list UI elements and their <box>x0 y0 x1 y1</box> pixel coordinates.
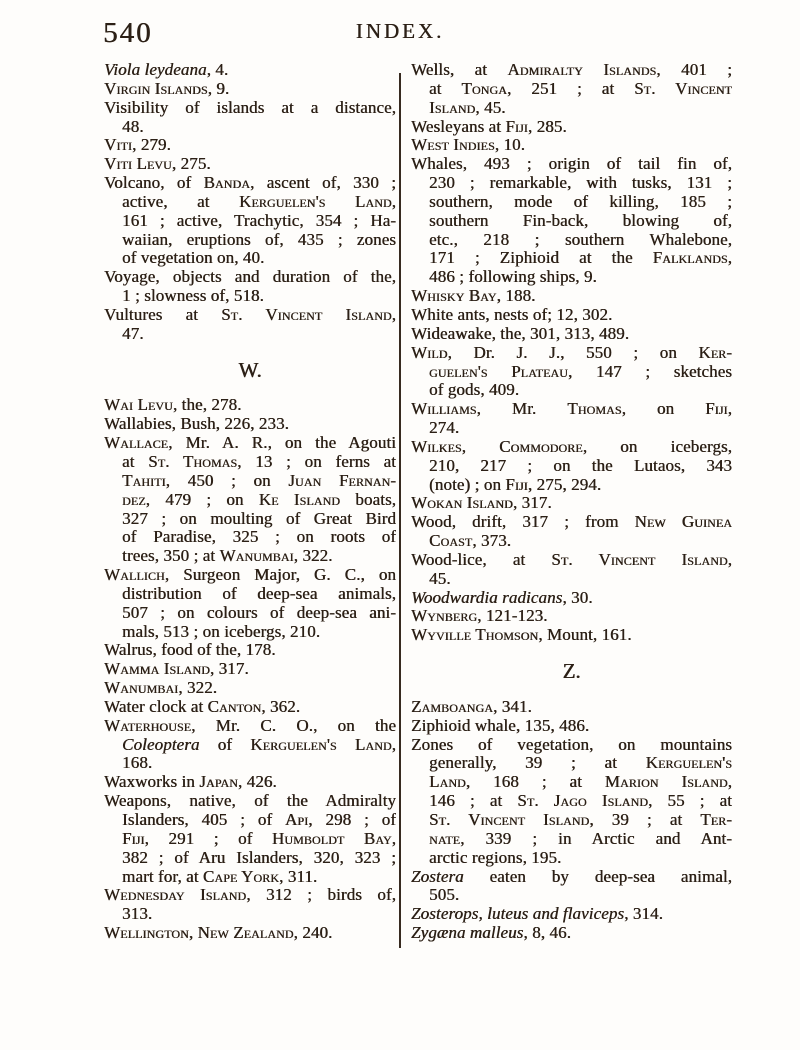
section-heading: Z. <box>411 660 732 682</box>
index-entry-line: nate, 339 ; in Arctic and Ant- <box>411 830 732 849</box>
index-entry-line: 274. <box>411 419 732 438</box>
index-entry-line: 171 ; Ziphioid at the Falklands, <box>411 249 732 268</box>
index-entry-line: (note) ; on Fiji, 275, 294. <box>411 476 732 495</box>
index-entry-line: Zosterops, luteus and flaviceps, 314. <box>411 905 732 924</box>
index-entry-line: Viti Levu, 275. <box>104 155 396 174</box>
index-entry-line: Islanders, 405 ; of Api, 298 ; of <box>104 811 396 830</box>
index-entry-line: Wokan Island, 317. <box>411 494 732 513</box>
index-entry-line: Volcano, of Banda, ascent of, 330 ; <box>104 174 396 193</box>
index-entry-line: Wilkes, Commodore, on icebergs, <box>411 438 732 457</box>
index-entry-line: Voyage, objects and duration of the, <box>104 268 396 287</box>
index-entry-line: Whisky Bay, 188. <box>411 287 732 306</box>
index-entry-line: Wood, drift, 317 ; from New Guinea <box>411 513 732 532</box>
index-column-right: Wells, at Admiralty Islands, 401 ;at Ton… <box>411 61 732 943</box>
index-entry-line: etc., 218 ; southern Whalebone, <box>411 231 732 250</box>
index-entry-line: 382 ; of Aru Islanders, 320, 323 ; <box>104 849 396 868</box>
index-entry-line: 313. <box>104 905 396 924</box>
page-title: INDEX. <box>0 19 800 44</box>
index-entry-line: 168. <box>104 754 396 773</box>
index-entry-line: Coast, 373. <box>411 532 732 551</box>
index-entry-line: 210, 217 ; on the Lutaos, 343 <box>411 457 732 476</box>
index-entry-line: mart for, at Cape York, 311. <box>104 868 396 887</box>
index-entry-line: Virgin Islands, 9. <box>104 80 396 99</box>
index-entry-line: Wallace, Mr. A. R., on the Agouti <box>104 434 396 453</box>
section-heading: W. <box>104 359 396 381</box>
index-entry-line: Water clock at Canton, 362. <box>104 698 396 717</box>
index-entry-line: Coleoptera of Kerguelen's Land, <box>104 736 396 755</box>
index-entry-line: Fiji, 291 ; of Humboldt Bay, <box>104 830 396 849</box>
index-entry-line: mals, 513 ; on icebergs, 210. <box>104 623 396 642</box>
book-page: 540 INDEX. Viola leydeana, 4.Virgin Isla… <box>0 0 800 1050</box>
index-entry-line: Wednesday Island, 312 ; birds of, <box>104 886 396 905</box>
index-entry-line: Zamboanga, 341. <box>411 698 732 717</box>
index-entry-line: West Indies, 10. <box>411 136 732 155</box>
index-entry-line: Wai Levu, the, 278. <box>104 396 396 415</box>
index-entry-line: Waxworks in Japan, 426. <box>104 773 396 792</box>
index-entry-line: Woodwardia radicans, 30. <box>411 589 732 608</box>
index-entry-line: White ants, nests of; 12, 302. <box>411 306 732 325</box>
index-entry-line: 505. <box>411 886 732 905</box>
index-entry-line: 161 ; active, Trachytic, 354 ; Ha- <box>104 212 396 231</box>
index-entry-line: of vegetation on, 40. <box>104 249 396 268</box>
index-entry-line: Wyville Thomson, Mount, 161. <box>411 626 732 645</box>
index-entry-line: Whales, 493 ; origin of tail fin of, <box>411 155 732 174</box>
index-entry-line: Walrus, food of the, 178. <box>104 641 396 660</box>
index-entry-line: guelen's Plateau, 147 ; sketches <box>411 363 732 382</box>
index-entry-line: Wesleyans at Fiji, 285. <box>411 118 732 137</box>
index-entry-line: dez, 479 ; on Ke Island boats, <box>104 491 396 510</box>
index-entry-line: Wells, at Admiralty Islands, 401 ; <box>411 61 732 80</box>
index-entry-line: generally, 39 ; at Kerguelen's <box>411 754 732 773</box>
index-entry-line: arctic regions, 195. <box>411 849 732 868</box>
index-column-left: Viola leydeana, 4.Virgin Islands, 9.Visi… <box>104 61 396 943</box>
index-entry-line: 146 ; at St. Jago Island, 55 ; at <box>411 792 732 811</box>
index-entry-line: Wideawake, the, 301, 313, 489. <box>411 325 732 344</box>
index-entry-line: 47. <box>104 325 396 344</box>
index-entry-line: Zygæna malleus, 8, 46. <box>411 924 732 943</box>
index-entry-line: Wood-lice, at St. Vincent Island, <box>411 551 732 570</box>
column-divider-rule <box>399 73 401 948</box>
index-entry-line: Weapons, native, of the Admiralty <box>104 792 396 811</box>
index-entry-line: at Tonga, 251 ; at St. Vincent <box>411 80 732 99</box>
index-entry-line: Tahiti, 450 ; on Juan Fernan- <box>104 472 396 491</box>
index-entry-line: Visibility of islands at a distance, <box>104 99 396 118</box>
index-entry-line: Zostera eaten by deep-sea animal, <box>411 868 732 887</box>
index-entry-line: Waterhouse, Mr. C. O., on the <box>104 717 396 736</box>
index-entry-line: 1 ; slowness of, 518. <box>104 287 396 306</box>
index-entry-line: Viti, 279. <box>104 136 396 155</box>
index-entry-line: 486 ; following ships, 9. <box>411 268 732 287</box>
index-entry-line: 327 ; on moulting of Great Bird <box>104 510 396 529</box>
index-entry-line: Wellington, New Zealand, 240. <box>104 924 396 943</box>
index-entry-line: 45. <box>411 570 732 589</box>
index-entry-line: waiian, eruptions of, 435 ; zones <box>104 231 396 250</box>
index-entry-line: Ziphioid whale, 135, 486. <box>411 717 732 736</box>
index-entry-line: southern, mode of killing, 185 ; <box>411 193 732 212</box>
index-entry-line: distribution of deep-sea animals, <box>104 585 396 604</box>
index-entry-line: Zones of vegetation, on mountains <box>411 736 732 755</box>
index-entry-line: Wild, Dr. J. J., 550 ; on Ker- <box>411 344 732 363</box>
index-entry-line: Wallich, Surgeon Major, G. C., on <box>104 566 396 585</box>
index-entry-line: Viola leydeana, 4. <box>104 61 396 80</box>
index-entry-line: Wynberg, 121-123. <box>411 607 732 626</box>
index-entry-line: Land, 168 ; at Marion Island, <box>411 773 732 792</box>
index-entry-line: of gods, 409. <box>411 381 732 400</box>
index-entry-line: active, at Kerguelen's Land, <box>104 193 396 212</box>
index-entry-line: southern Fin-back, blowing of, <box>411 212 732 231</box>
index-entry-line: 507 ; on colours of deep-sea ani- <box>104 604 396 623</box>
index-entry-line: Williams, Mr. Thomas, on Fiji, <box>411 400 732 419</box>
index-entry-line: of Paradise, 325 ; on roots of <box>104 528 396 547</box>
index-entry-line: St. Vincent Island, 39 ; at Ter- <box>411 811 732 830</box>
index-entry-line: 48. <box>104 118 396 137</box>
index-entry-line: Wanumbai, 322. <box>104 679 396 698</box>
index-entry-line: at St. Thomas, 13 ; on ferns at <box>104 453 396 472</box>
index-entry-line: 230 ; remarkable, with tusks, 131 ; <box>411 174 732 193</box>
index-entry-line: Wallabies, Bush, 226, 233. <box>104 415 396 434</box>
index-entry-line: Vultures at St. Vincent Island, <box>104 306 396 325</box>
index-entry-line: Island, 45. <box>411 99 732 118</box>
index-entry-line: Wamma Island, 317. <box>104 660 396 679</box>
index-entry-line: trees, 350 ; at Wanumbai, 322. <box>104 547 396 566</box>
